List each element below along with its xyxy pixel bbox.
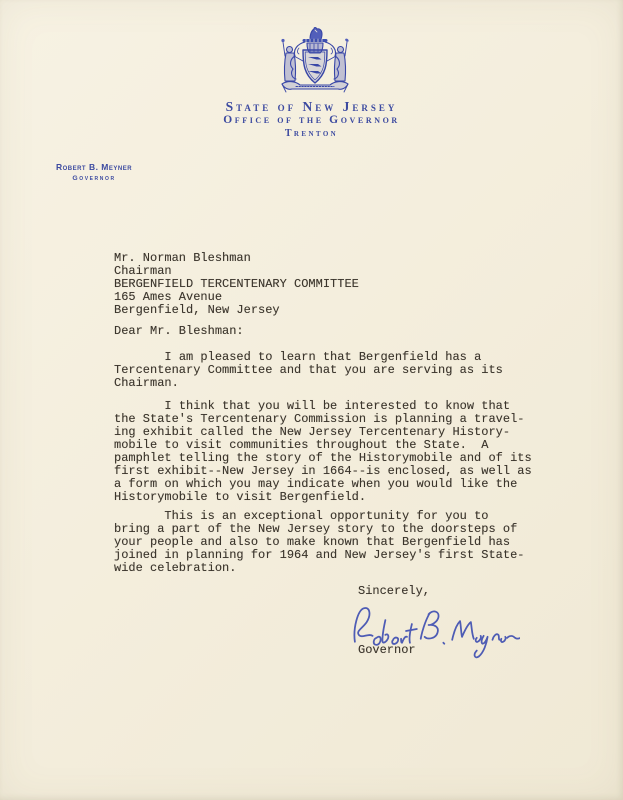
salutation: Dear Mr. Bleshman: [114,325,244,338]
official-title: Governor [50,175,138,182]
signer-title: Governor [358,644,416,657]
letterhead-official-block: Robert B. Meyner Governor [50,162,138,182]
recipient-address-block: Mr. Norman Bleshman Chairman BERGENFIELD… [114,252,359,317]
new-jersey-seal-icon [276,26,354,98]
letter-paragraph-2: I think that you will be interested to k… [114,400,532,504]
letter-paragraph-3: This is an exceptional opportunity for y… [114,510,524,575]
letterhead-state-line: State of New Jersey [0,99,623,115]
letterhead-city-line: Trenton [0,128,623,139]
letterhead-office-line: Office of the Governor [0,114,623,126]
official-name: Robert B. Meyner [50,162,138,172]
letter-paragraph-1: I am pleased to learn that Bergenfield h… [114,351,503,390]
letter-page: State of New Jersey Office of the Govern… [0,0,623,800]
